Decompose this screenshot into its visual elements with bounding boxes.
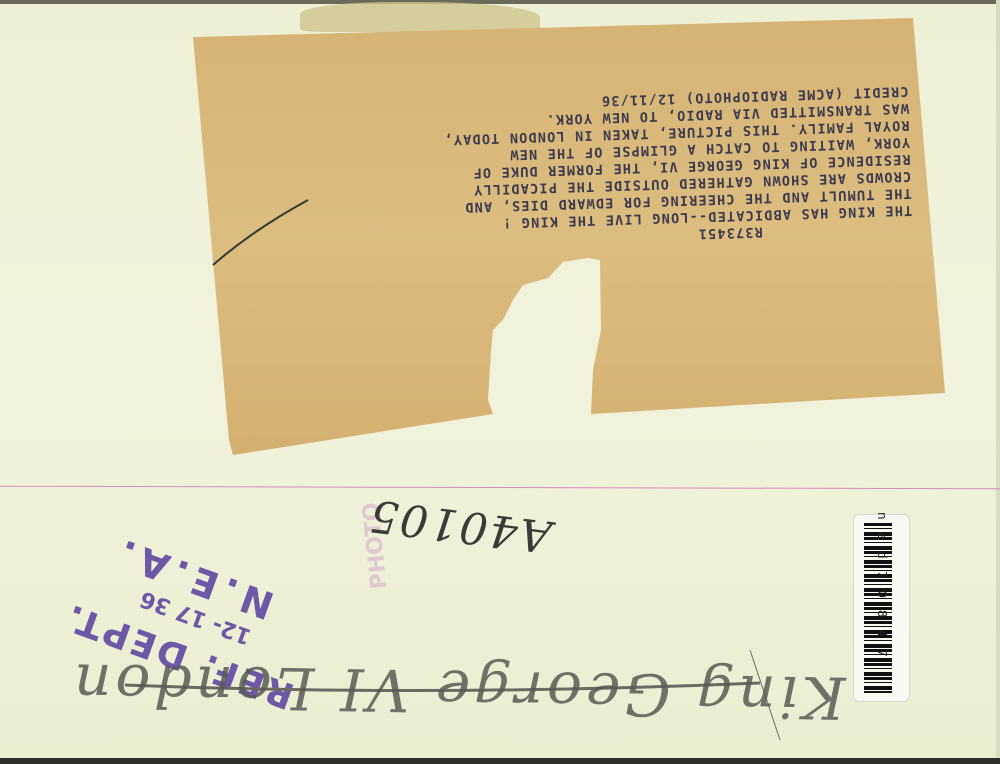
faded-pink-stamp: PHOTO <box>347 380 477 590</box>
scan-right-edge <box>996 0 1000 764</box>
pencil-note-text: King George VI London <box>69 650 845 732</box>
typewritten-caption: R373451 THE KING HAS ABDICATED--LONG LIV… <box>207 35 913 257</box>
scan-bottom-edge <box>0 758 1000 764</box>
barcode-code: ned70847 <box>875 512 889 692</box>
barcode-label: ned70847 <box>853 514 910 702</box>
pencil-note: King George VI London <box>30 645 810 755</box>
